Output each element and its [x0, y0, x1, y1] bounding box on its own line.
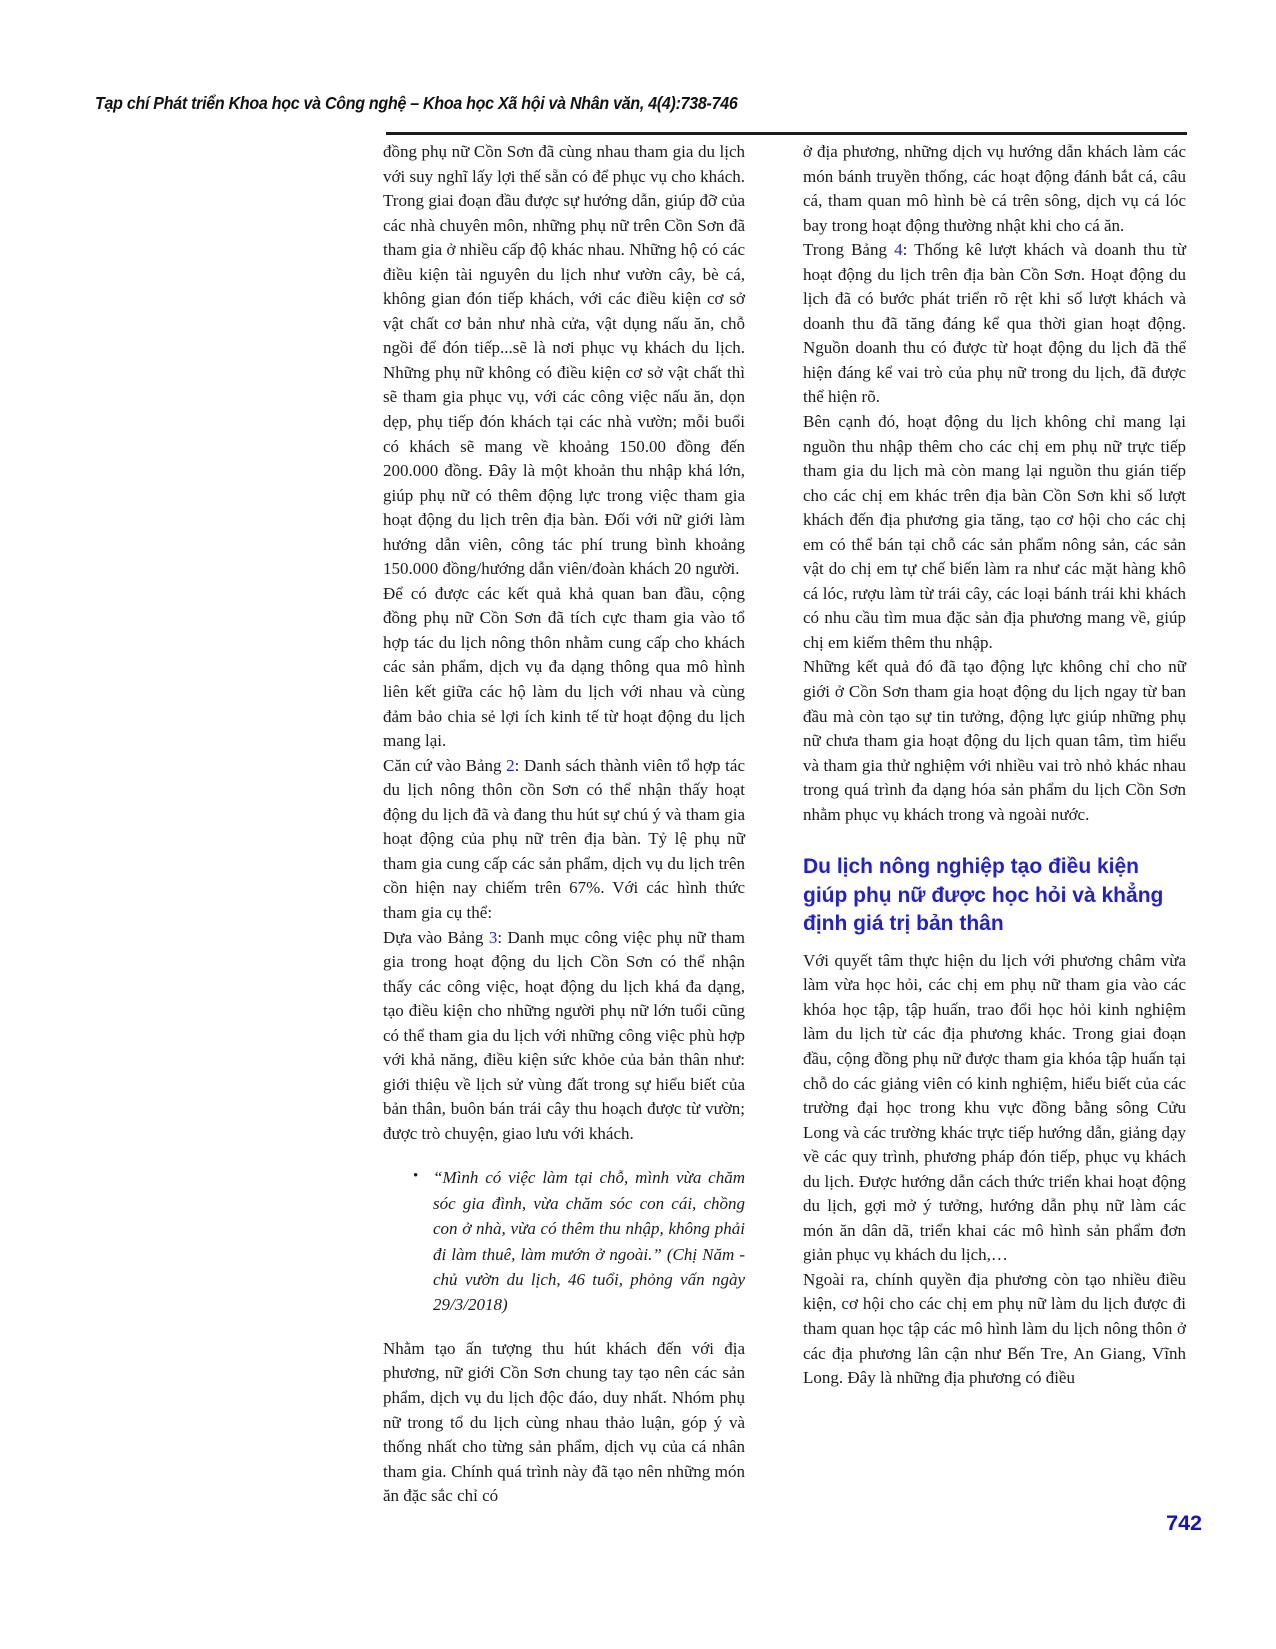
interview-quote-block: • “Mình có việc làm tại chỗ, mình vừa ch… [411, 1165, 745, 1317]
paragraph: Ngoài ra, chính quyền địa phương còn tạo… [803, 1268, 1186, 1391]
table-4-reference-link[interactable]: 4 [894, 240, 903, 259]
right-column: ở địa phương, những dịch vụ hướng dẫn kh… [803, 140, 1186, 1391]
journal-header-title: Tạp chí Phát triển Khoa học và Công nghệ… [95, 93, 738, 114]
page-number: 742 [1140, 1511, 1202, 1536]
paragraph-text: : Danh mục công việc phụ nữ tham gia tro… [383, 928, 745, 1143]
section-heading: Du lịch nông nghiệp tạo điều kiện giúp p… [803, 853, 1186, 939]
document-page: Tạp chí Phát triển Khoa học và Công nghệ… [0, 0, 1276, 1649]
paragraph: Trong Bảng 4: Thống kê lượt khách và doa… [803, 238, 1186, 410]
paragraph-text: : Thống kê lượt khách và doanh thu từ ho… [803, 240, 1186, 406]
bullet-icon: • [413, 1164, 418, 1189]
paragraph: Để có được các kết quả khả quan ban đầu,… [383, 582, 745, 754]
header-rule-divider [386, 132, 1187, 135]
quote-text: “Mình có việc làm tại chỗ, mình vừa chăm… [433, 1168, 745, 1314]
paragraph: ở địa phương, những dịch vụ hướng dẫn kh… [803, 140, 1186, 238]
paragraph: Với quyết tâm thực hiện du lịch với phươ… [803, 949, 1186, 1268]
paragraph: Nhằm tạo ấn tượng thu hút khách đến với … [383, 1337, 745, 1509]
paragraph-text: Căn cứ vào Bảng [383, 756, 506, 775]
paragraph: Dựa vào Bảng 3: Danh mục công việc phụ n… [383, 926, 745, 1147]
paragraph-text: Trong Bảng [803, 240, 894, 259]
paragraph: Bên cạnh đó, hoạt động du lịch không chỉ… [803, 410, 1186, 655]
paragraph: đồng phụ nữ Cồn Sơn đã cùng nhau tham gi… [383, 140, 745, 582]
paragraph: Những kết quả đó đã tạo động lực không c… [803, 655, 1186, 827]
table-2-reference-link[interactable]: 2 [506, 756, 515, 775]
paragraph: Căn cứ vào Bảng 2: Danh sách thành viên … [383, 754, 745, 926]
paragraph-text: : Danh sách thành viên tổ hợp tác du lịc… [383, 756, 745, 922]
paragraph-text: Dựa vào Bảng [383, 928, 489, 947]
left-column: đồng phụ nữ Cồn Sơn đã cùng nhau tham gi… [383, 140, 745, 1509]
